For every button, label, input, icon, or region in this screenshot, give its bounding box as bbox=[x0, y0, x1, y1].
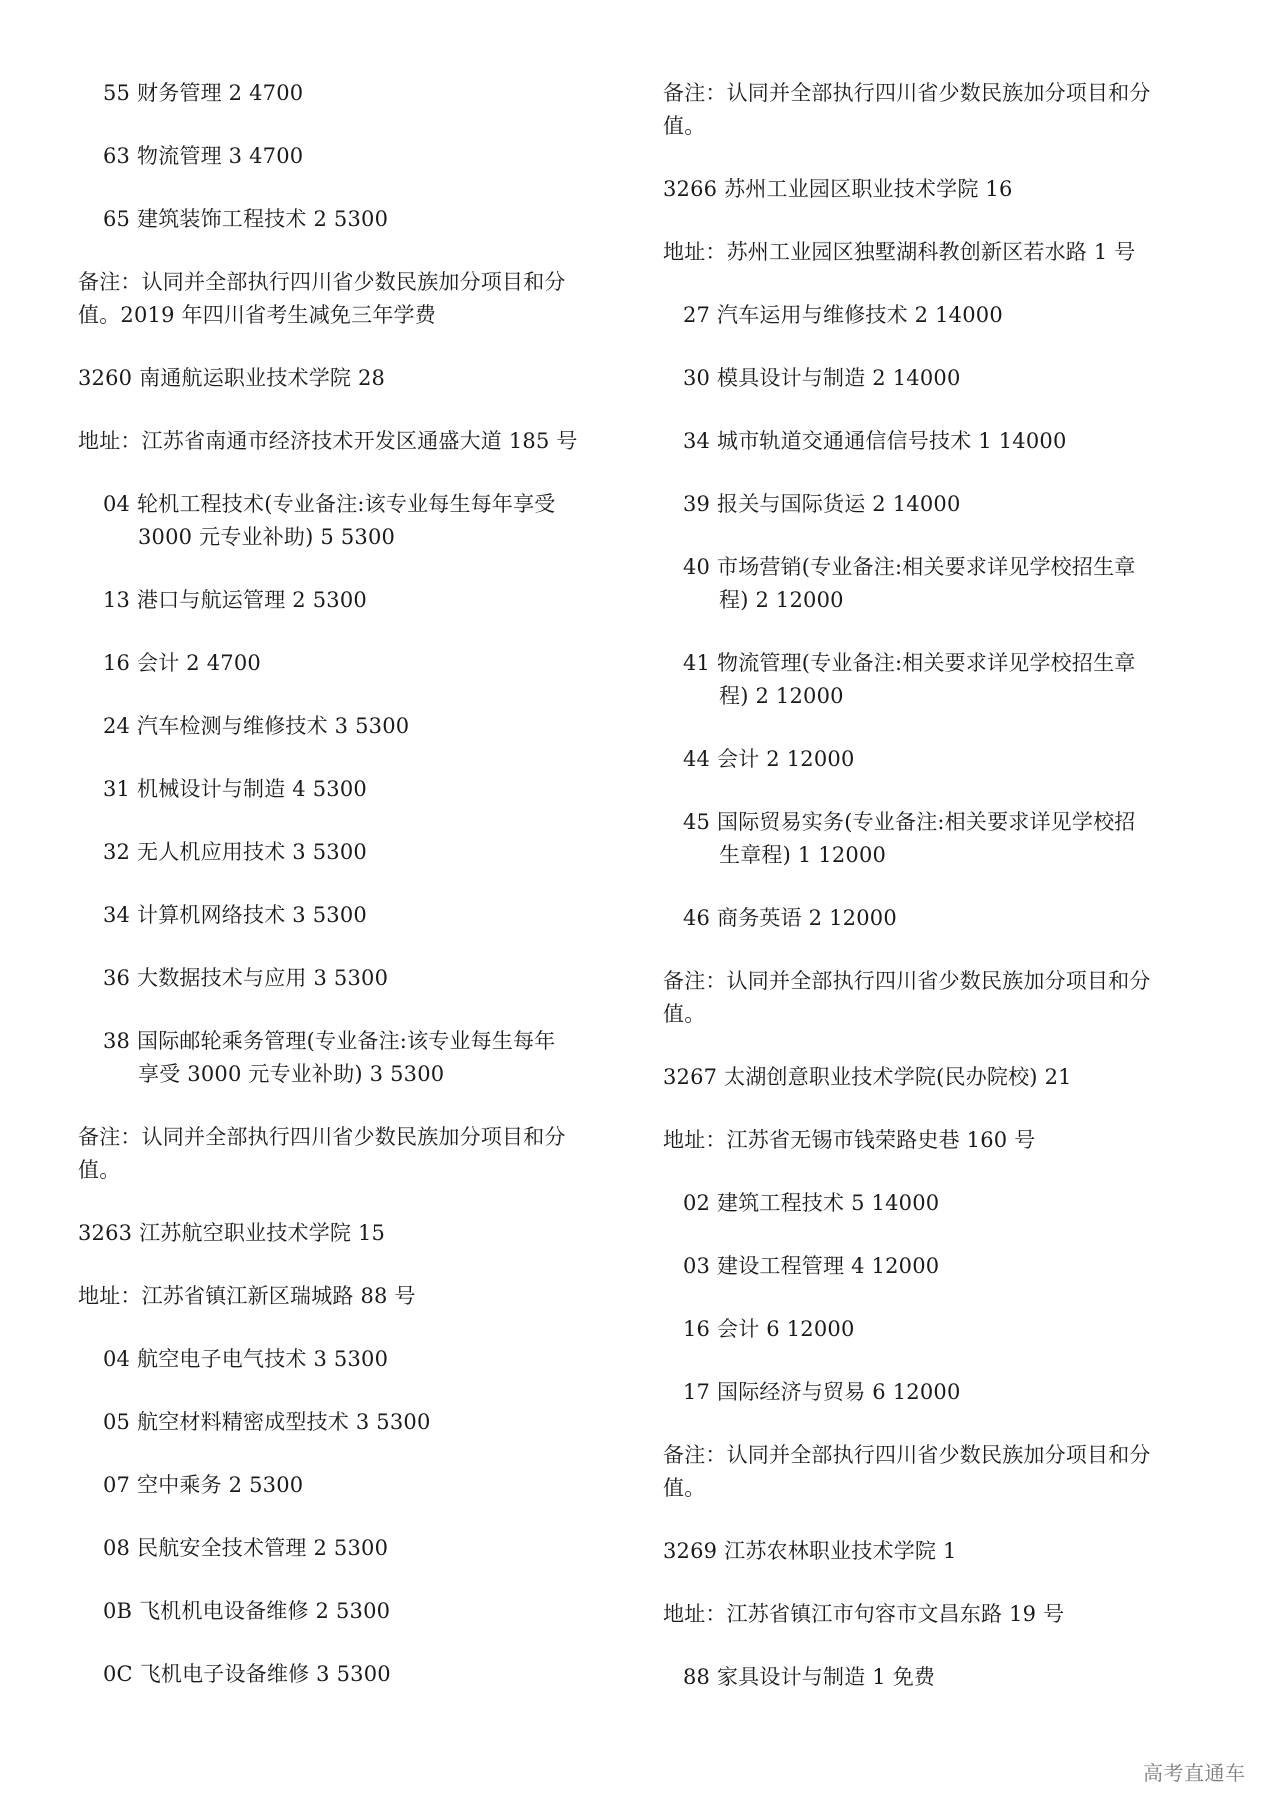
text-line: 27 汽车运用与维修技术 2 14000 bbox=[663, 299, 1223, 332]
program-entry: 04 轮机工程技术(专业备注:该专业每生每年享受3000 元专业补助) 5 53… bbox=[78, 488, 638, 554]
school-heading: 3269 江苏农林职业技术学院 1 bbox=[663, 1535, 1223, 1568]
remark-paragraph: 备注：认同并全部执行四川省少数民族加分项目和分值。 bbox=[663, 77, 1223, 143]
text-line: 03 建设工程管理 4 12000 bbox=[663, 1250, 1223, 1283]
text-line-continuation: 值。 bbox=[663, 998, 1223, 1031]
text-line: 65 建筑装饰工程技术 2 5300 bbox=[78, 203, 638, 236]
text-line-continuation: 生章程) 1 12000 bbox=[663, 839, 1223, 872]
program-entry: 34 计算机网络技术 3 5300 bbox=[78, 899, 638, 932]
program-entry: 44 会计 2 12000 bbox=[663, 743, 1223, 776]
program-entry: 17 国际经济与贸易 6 12000 bbox=[663, 1376, 1223, 1409]
program-entry: 16 会计 2 4700 bbox=[78, 647, 638, 680]
text-line: 05 航空材料精密成型技术 3 5300 bbox=[78, 1406, 638, 1439]
remark-paragraph: 备注：认同并全部执行四川省少数民族加分项目和分值。2019 年四川省考生减免三年… bbox=[78, 266, 638, 332]
text-line-continuation: 值。2019 年四川省考生减免三年学费 bbox=[78, 299, 638, 332]
text-line: 41 物流管理(专业备注:相关要求详见学校招生章 bbox=[663, 647, 1223, 680]
school-heading: 3267 太湖创意职业技术学院(民办院校) 21 bbox=[663, 1061, 1223, 1094]
program-entry: 46 商务英语 2 12000 bbox=[663, 902, 1223, 935]
right-column: 备注：认同并全部执行四川省少数民族加分项目和分值。3266 苏州工业园区职业技术… bbox=[663, 77, 1223, 1724]
text-line: 3266 苏州工业园区职业技术学院 16 bbox=[663, 173, 1223, 206]
text-line: 16 会计 2 4700 bbox=[78, 647, 638, 680]
remark-paragraph: 备注：认同并全部执行四川省少数民族加分项目和分值。 bbox=[78, 1121, 638, 1187]
text-line: 13 港口与航运管理 2 5300 bbox=[78, 584, 638, 617]
school-address: 地址：江苏省镇江市句容市文昌东路 19 号 bbox=[663, 1598, 1223, 1631]
school-heading: 3263 江苏航空职业技术学院 15 bbox=[78, 1217, 638, 1250]
text-line: 备注：认同并全部执行四川省少数民族加分项目和分 bbox=[663, 965, 1223, 998]
text-line: 3269 江苏农林职业技术学院 1 bbox=[663, 1535, 1223, 1568]
text-line: 30 模具设计与制造 2 14000 bbox=[663, 362, 1223, 395]
program-entry: 0B 飞机机电设备维修 2 5300 bbox=[78, 1595, 638, 1628]
program-entry: 27 汽车运用与维修技术 2 14000 bbox=[663, 299, 1223, 332]
remark-paragraph: 备注：认同并全部执行四川省少数民族加分项目和分值。 bbox=[663, 1439, 1223, 1505]
program-entry: 36 大数据技术与应用 3 5300 bbox=[78, 962, 638, 995]
text-line: 40 市场营销(专业备注:相关要求详见学校招生章 bbox=[663, 551, 1223, 584]
school-heading: 3260 南通航运职业技术学院 28 bbox=[78, 362, 638, 395]
school-address: 地址：江苏省无锡市钱荣路史巷 160 号 bbox=[663, 1124, 1223, 1157]
program-entry: 31 机械设计与制造 4 5300 bbox=[78, 773, 638, 806]
program-entry: 32 无人机应用技术 3 5300 bbox=[78, 836, 638, 869]
text-line-continuation: 程) 2 12000 bbox=[663, 680, 1223, 713]
program-entry: 04 航空电子电气技术 3 5300 bbox=[78, 1343, 638, 1376]
text-line: 46 商务英语 2 12000 bbox=[663, 902, 1223, 935]
text-line: 备注：认同并全部执行四川省少数民族加分项目和分 bbox=[78, 266, 638, 299]
text-line: 39 报关与国际货运 2 14000 bbox=[663, 488, 1223, 521]
school-heading: 3266 苏州工业园区职业技术学院 16 bbox=[663, 173, 1223, 206]
program-entry: 63 物流管理 3 4700 bbox=[78, 140, 638, 173]
program-entry: 02 建筑工程技术 5 14000 bbox=[663, 1187, 1223, 1220]
text-line: 55 财务管理 2 4700 bbox=[78, 77, 638, 110]
program-entry: 88 家具设计与制造 1 免费 bbox=[663, 1661, 1223, 1694]
text-line: 备注：认同并全部执行四川省少数民族加分项目和分 bbox=[78, 1121, 638, 1154]
text-line-continuation: 值。 bbox=[663, 110, 1223, 143]
text-line: 02 建筑工程技术 5 14000 bbox=[663, 1187, 1223, 1220]
text-line: 备注：认同并全部执行四川省少数民族加分项目和分 bbox=[663, 1439, 1223, 1472]
text-line: 3267 太湖创意职业技术学院(民办院校) 21 bbox=[663, 1061, 1223, 1094]
program-entry: 65 建筑装饰工程技术 2 5300 bbox=[78, 203, 638, 236]
text-line: 0B 飞机机电设备维修 2 5300 bbox=[78, 1595, 638, 1628]
school-address: 地址：苏州工业园区独墅湖科教创新区若水路 1 号 bbox=[663, 236, 1223, 269]
program-entry: 45 国际贸易实务(专业备注:相关要求详见学校招生章程) 1 12000 bbox=[663, 806, 1223, 872]
program-entry: 13 港口与航运管理 2 5300 bbox=[78, 584, 638, 617]
text-line-continuation: 享受 3000 元专业补助) 3 5300 bbox=[78, 1058, 638, 1091]
text-line: 备注：认同并全部执行四川省少数民族加分项目和分 bbox=[663, 77, 1223, 110]
program-entry: 16 会计 6 12000 bbox=[663, 1313, 1223, 1346]
program-entry: 55 财务管理 2 4700 bbox=[78, 77, 638, 110]
program-entry: 39 报关与国际货运 2 14000 bbox=[663, 488, 1223, 521]
program-entry: 0C 飞机电子设备维修 3 5300 bbox=[78, 1658, 638, 1691]
text-line: 0C 飞机电子设备维修 3 5300 bbox=[78, 1658, 638, 1691]
text-line: 32 无人机应用技术 3 5300 bbox=[78, 836, 638, 869]
text-line-continuation: 值。 bbox=[78, 1154, 638, 1187]
program-entry: 08 民航安全技术管理 2 5300 bbox=[78, 1532, 638, 1565]
program-entry: 24 汽车检测与维修技术 3 5300 bbox=[78, 710, 638, 743]
text-line: 17 国际经济与贸易 6 12000 bbox=[663, 1376, 1223, 1409]
text-line: 44 会计 2 12000 bbox=[663, 743, 1223, 776]
text-line: 16 会计 6 12000 bbox=[663, 1313, 1223, 1346]
text-line: 24 汽车检测与维修技术 3 5300 bbox=[78, 710, 638, 743]
text-line: 08 民航安全技术管理 2 5300 bbox=[78, 1532, 638, 1565]
text-line: 3263 江苏航空职业技术学院 15 bbox=[78, 1217, 638, 1250]
program-entry: 40 市场营销(专业备注:相关要求详见学校招生章程) 2 12000 bbox=[663, 551, 1223, 617]
text-line: 04 轮机工程技术(专业备注:该专业每生每年享受 bbox=[78, 488, 638, 521]
text-line: 地址：江苏省镇江新区瑞城路 88 号 bbox=[78, 1280, 638, 1313]
left-column: 55 财务管理 2 470063 物流管理 3 470065 建筑装饰工程技术 … bbox=[78, 77, 638, 1721]
text-line: 34 计算机网络技术 3 5300 bbox=[78, 899, 638, 932]
text-line: 45 国际贸易实务(专业备注:相关要求详见学校招 bbox=[663, 806, 1223, 839]
program-entry: 07 空中乘务 2 5300 bbox=[78, 1469, 638, 1502]
program-entry: 03 建设工程管理 4 12000 bbox=[663, 1250, 1223, 1283]
text-line: 63 物流管理 3 4700 bbox=[78, 140, 638, 173]
text-line: 地址：江苏省无锡市钱荣路史巷 160 号 bbox=[663, 1124, 1223, 1157]
text-line-continuation: 3000 元专业补助) 5 5300 bbox=[78, 521, 638, 554]
program-entry: 34 城市轨道交通通信信号技术 1 14000 bbox=[663, 425, 1223, 458]
text-line: 地址：苏州工业园区独墅湖科教创新区若水路 1 号 bbox=[663, 236, 1223, 269]
text-line: 36 大数据技术与应用 3 5300 bbox=[78, 962, 638, 995]
program-entry: 30 模具设计与制造 2 14000 bbox=[663, 362, 1223, 395]
school-address: 地址：江苏省南通市经济技术开发区通盛大道 185 号 bbox=[78, 425, 638, 458]
text-line: 07 空中乘务 2 5300 bbox=[78, 1469, 638, 1502]
text-line: 地址：江苏省南通市经济技术开发区通盛大道 185 号 bbox=[78, 425, 638, 458]
text-line-continuation: 程) 2 12000 bbox=[663, 584, 1223, 617]
school-address: 地址：江苏省镇江新区瑞城路 88 号 bbox=[78, 1280, 638, 1313]
text-line: 34 城市轨道交通通信信号技术 1 14000 bbox=[663, 425, 1223, 458]
text-line-continuation: 值。 bbox=[663, 1472, 1223, 1505]
program-entry: 41 物流管理(专业备注:相关要求详见学校招生章程) 2 12000 bbox=[663, 647, 1223, 713]
text-line: 31 机械设计与制造 4 5300 bbox=[78, 773, 638, 806]
remark-paragraph: 备注：认同并全部执行四川省少数民族加分项目和分值。 bbox=[663, 965, 1223, 1031]
program-entry: 38 国际邮轮乘务管理(专业备注:该专业每生每年享受 3000 元专业补助) 3… bbox=[78, 1025, 638, 1091]
text-line: 3260 南通航运职业技术学院 28 bbox=[78, 362, 638, 395]
text-line: 88 家具设计与制造 1 免费 bbox=[663, 1661, 1223, 1694]
watermark: 高考直通车 bbox=[1143, 1757, 1246, 1786]
program-entry: 05 航空材料精密成型技术 3 5300 bbox=[78, 1406, 638, 1439]
text-line: 38 国际邮轮乘务管理(专业备注:该专业每生每年 bbox=[78, 1025, 638, 1058]
text-line: 地址：江苏省镇江市句容市文昌东路 19 号 bbox=[663, 1598, 1223, 1631]
text-line: 04 航空电子电气技术 3 5300 bbox=[78, 1343, 638, 1376]
